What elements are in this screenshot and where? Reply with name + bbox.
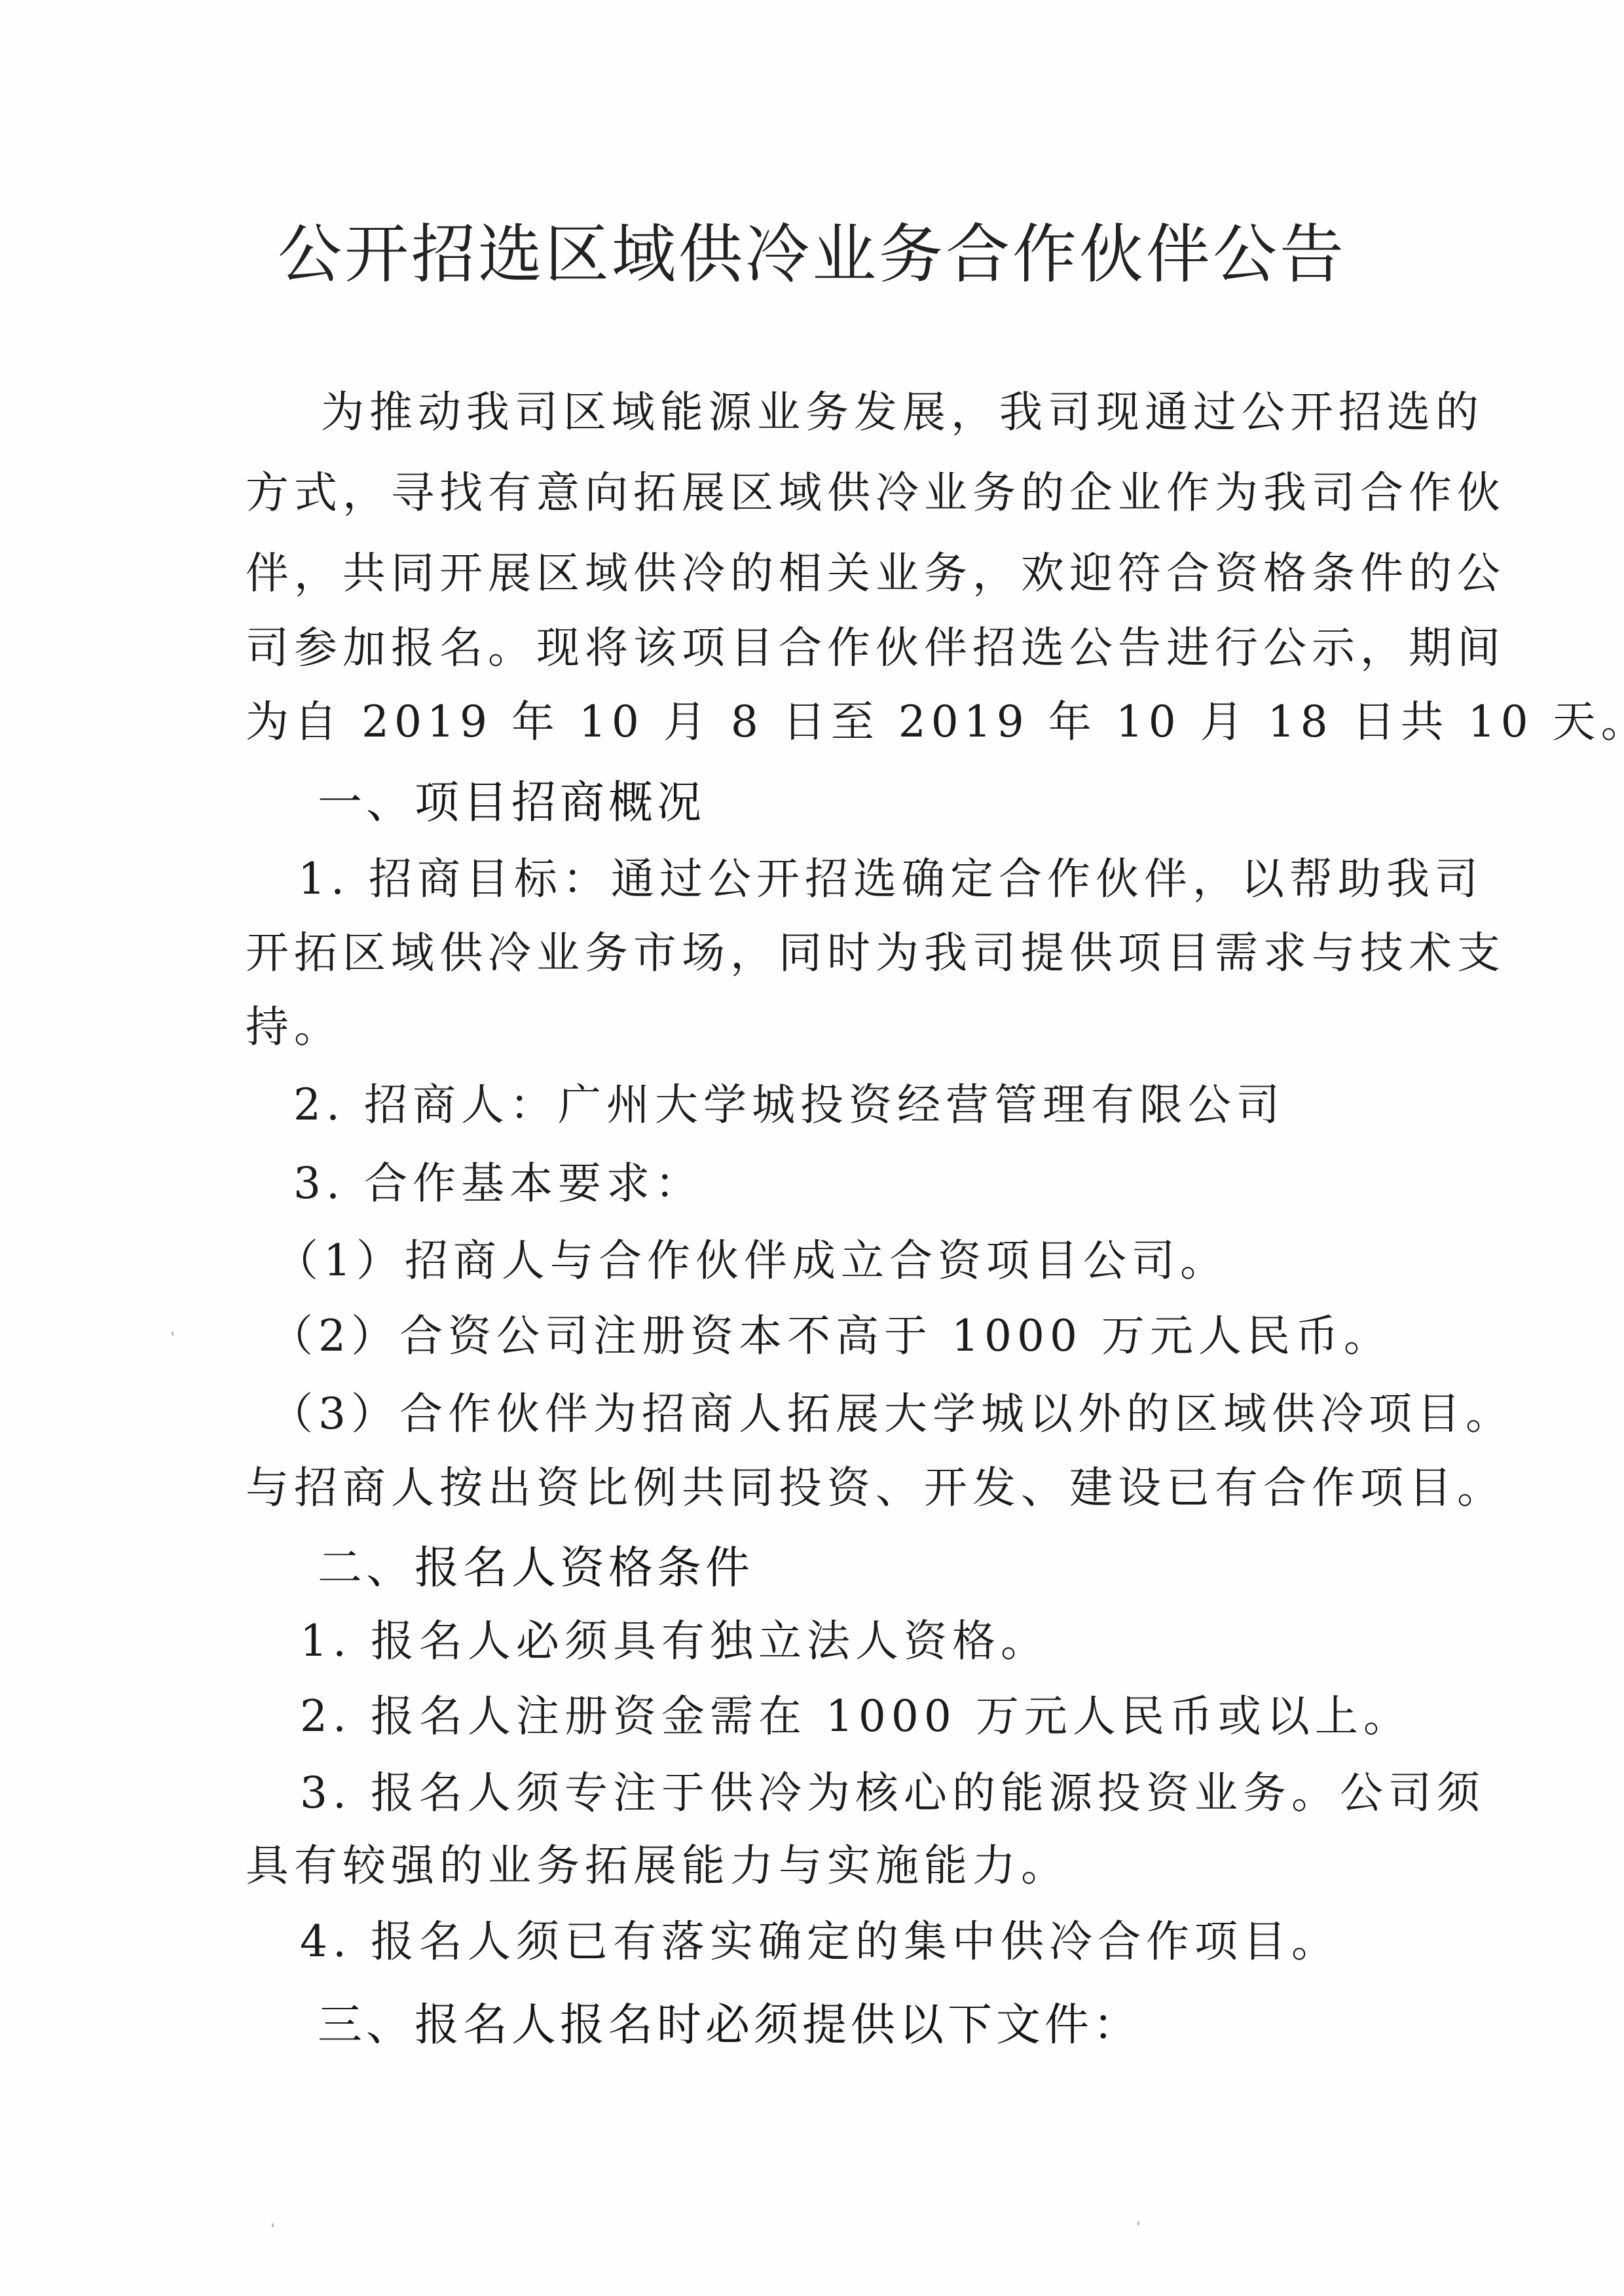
- s2-item1: 1. 报名人必须具有独立法人资格。: [300, 1620, 1433, 1663]
- s1-req3-line-2: 与招商人按出资比例共同投资、开发、建设已有合作项目。: [246, 1467, 1382, 1510]
- intro-line-2: 方式，寻找有意向拓展区域供冷业务的企业作为我司合作伙: [246, 471, 1378, 515]
- s1-req3-line-1: （3）合作伙伴为招商人拓展大学城以外的区域供冷项目。: [270, 1393, 1380, 1436]
- s2-item3-line-2: 具有较强的业务拓展能力与实施能力。: [246, 1844, 1378, 1887]
- scan-speck: [172, 1332, 174, 1336]
- section-1-heading: 一、项目招商概况: [318, 781, 1450, 826]
- s1-req1: （1）招商人与合作伙伴成立合资项目公司。: [275, 1239, 1408, 1283]
- document-title: 公开招选区域供冷业务合作伙伴公告: [0, 203, 1624, 295]
- intro-line-5: 为自 2019 年 10 月 8 日至 2019 年 10 月 18 日共 10…: [246, 701, 1378, 744]
- s2-item2: 2. 报名人注册资金需在 1000 万元人民币或以上。: [300, 1695, 1433, 1738]
- s1-item1-line-2: 开拓区域供冷业务市场，同时为我司提供项目需求与技术支: [246, 932, 1378, 975]
- section-3-heading: 三、报名人报名时必须提供以下文件：: [318, 2003, 1450, 2048]
- s2-item3-line-1: 3. 报名人须专注于供冷为核心的能源投资业务。公司须: [300, 1772, 1380, 1815]
- s1-req2: （2）合资公司注册资本不高于 1000 万元人民币。: [270, 1315, 1403, 1358]
- s1-item2: 2. 招商人：广州大学城投资经营管理有限公司: [293, 1084, 1426, 1127]
- s2-item4: 4. 报名人须已有落实确定的集中供冷合作项目。: [300, 1920, 1433, 1963]
- scan-speck: [272, 2223, 274, 2227]
- section-2-heading: 二、报名人资格条件: [318, 1546, 1450, 1591]
- scan-speck: [1137, 2221, 1139, 2225]
- s1-item1-line-1: 1. 招商目标：通过公开招选确定合作伙伴，以帮助我司: [298, 858, 1378, 901]
- document-page: 公开招选区域供冷业务合作伙伴公告 为推动我司区域能源业务发展，我司现通过公开招选…: [0, 0, 1624, 2296]
- s1-item1-line-3: 持。: [246, 1006, 1378, 1049]
- intro-line-4: 司参加报名。现将该项目合作伙伴招选公告进行公示，期间: [246, 627, 1378, 670]
- intro-line-3: 伴，共同开展区域供冷的相关业务，欢迎符合资格条件的公: [246, 552, 1378, 595]
- intro-line-1: 为推动我司区域能源业务发展，我司现通过公开招选的: [321, 391, 1378, 434]
- s1-item3: 3. 合作基本要求：: [293, 1162, 1426, 1205]
